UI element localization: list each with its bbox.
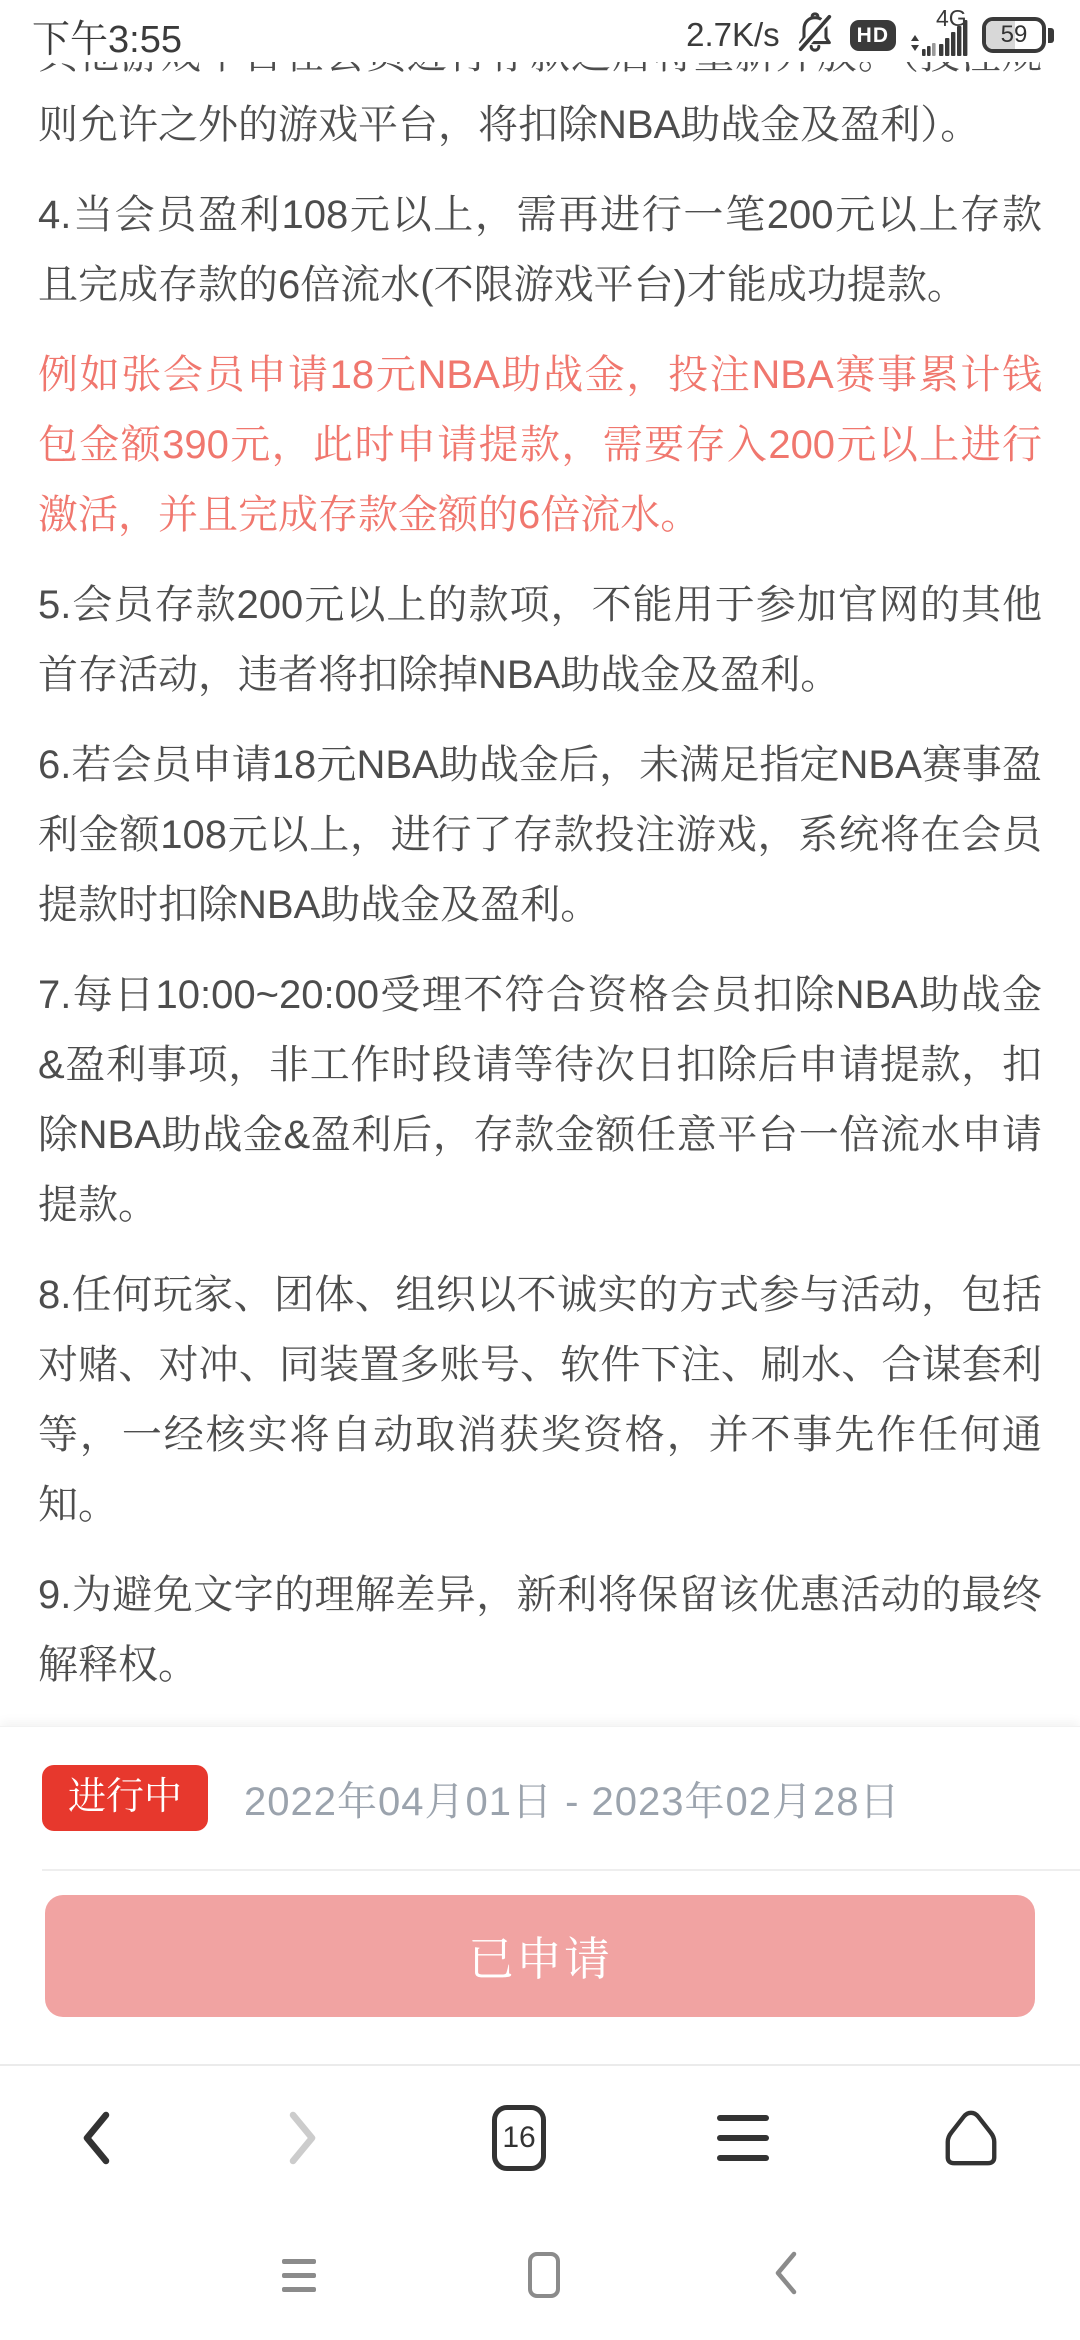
applied-button[interactable]: 已申请 (45, 1895, 1035, 2017)
status-bar: 下午3:55 2.7K/s HD 4G (0, 0, 1080, 62)
system-back-button[interactable] (772, 2250, 798, 2301)
network-speed-text: 2.7K/s (686, 16, 780, 54)
terms-paragraph: 7.每日10:00~20:00受理不符合资格会员扣除NBA助战金&盈利事项，非工… (38, 960, 1042, 1240)
terms-paragraph: 4.当会员盈利108元以上，需再进行一笔200元以上存款且完成存款的6倍流水(不… (38, 180, 1042, 320)
tab-count-text: 16 (502, 2121, 535, 2155)
promo-date-range: 2022年04月01日 - 2023年02月28日 (244, 1770, 900, 1827)
terms-example-highlight: 例如张会员申请18元NBA助战金，投注NBA赛事累计钱包金额390元，此时申请提… (38, 340, 1042, 550)
status-badge: 进行中 (42, 1765, 208, 1831)
svg-text:4G: 4G (936, 8, 967, 31)
clock-text: 下午3:55 (32, 8, 182, 63)
browser-menu-button[interactable] (717, 2115, 769, 2161)
terms-paragraph: 6.若会员申请18元NBA助战金后，未满足指定NBA赛事盈利金额108元以上，进… (38, 730, 1042, 940)
status-bar-right: 2.7K/s HD 4G (686, 8, 1054, 63)
promo-terms-content: 其他游戏平台在会员进行存款之后将重新开放。（投注规则允许之外的游戏平台，将扣除N… (0, 62, 1080, 1726)
hd-volte-icon: HD (850, 20, 896, 51)
battery-icon: 59 (982, 17, 1054, 53)
browser-back-button[interactable] (78, 2109, 114, 2167)
terms-paragraph: 5.会员存款200元以上的款项，不能用于参加官网的其他首存活动，违者将扣除掉NB… (38, 570, 1042, 710)
system-nav-bar (0, 2210, 1080, 2340)
terms-paragraph: 其他游戏平台在会员进行存款之后将重新开放。（投注规则允许之外的游戏平台，将扣除N… (38, 62, 1042, 160)
system-recents-button[interactable] (528, 2252, 560, 2298)
battery-percent-text: 59 (1001, 21, 1028, 49)
cellular-signal-icon: 4G (909, 8, 969, 63)
browser-nav-bar: 16 (0, 2064, 1080, 2210)
promo-status-row: 进行中 2022年04月01日 - 2023年02月28日 (0, 1727, 1080, 1831)
terms-paragraph: 8.任何玩家、团体、组织以不诚实的方式参与活动，包括对赌、对冲、同装置多账号、软… (38, 1260, 1042, 1540)
divider (42, 1869, 1080, 1871)
mute-bell-icon (793, 11, 837, 60)
browser-forward-button[interactable] (285, 2109, 321, 2167)
system-menu-button[interactable] (282, 2259, 316, 2292)
phone-screen: 下午3:55 2.7K/s HD 4G (0, 0, 1080, 2340)
browser-home-button[interactable] (940, 2107, 1002, 2169)
terms-paragraph: 9.为避免文字的理解差异，新利将保留该优惠活动的最终解释权。 (38, 1560, 1042, 1700)
browser-tabs-button[interactable]: 16 (492, 2105, 546, 2171)
promo-footer: 进行中 2022年04月01日 - 2023年02月28日 已申请 (0, 1726, 1080, 2064)
